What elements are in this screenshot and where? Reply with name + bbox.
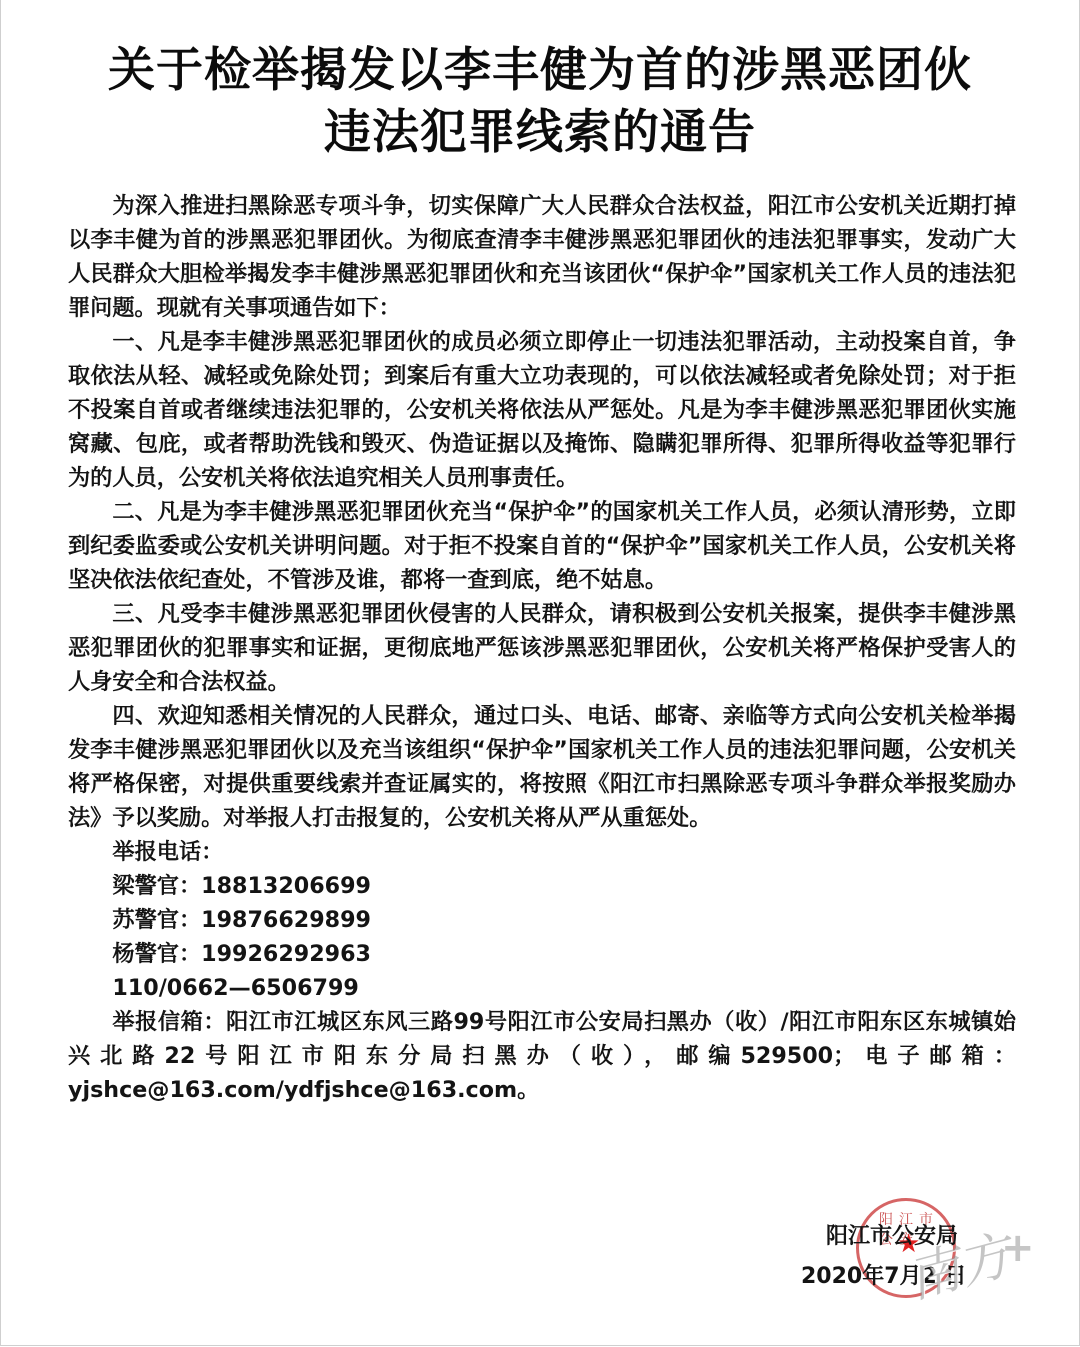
intro-paragraph: 为深入推进扫黑除恶专项斗争，切实保障广大人民群众合法权益，阳江市公安机关近期打掉…	[68, 189, 1016, 325]
phone-number: 18813206699	[201, 873, 371, 899]
watermark-plus-icon: +	[1001, 1225, 1035, 1271]
phone-label: 苏警官：	[112, 907, 201, 933]
notice-document: 关于检举揭发以李丰健为首的涉黑恶团伙 违法犯罪线索的通告 为深入推进扫黑除恶专项…	[0, 0, 1080, 1346]
hotline: 110/0662—6506799	[68, 971, 1016, 1005]
phone-label: 杨警官：	[112, 941, 201, 967]
phone-number: 19926292963	[201, 941, 371, 967]
item-2-paragraph: 二、凡是为李丰健涉黑恶犯罪团伙充当“保护伞”的国家机关工作人员，必须认清形势，立…	[68, 495, 1016, 597]
title-line-1: 关于检举揭发以李丰健为首的涉黑恶团伙	[1, 40, 1079, 102]
phone-row: 梁警官：18813206699	[68, 869, 1016, 903]
title-line-2: 违法犯罪线索的通告	[1, 102, 1079, 164]
item-3-paragraph: 三、凡受李丰健涉黑恶犯罪团伙侵害的人民群众，请积极到公安机关报案，提供李丰健涉黑…	[68, 597, 1016, 699]
mailbox-address: 举报信箱：阳江市江城区东风三路99号阳江市公安局扫黑办（收）/阳江市阳东区东城镇…	[68, 1005, 1016, 1107]
item-1-paragraph: 一、凡是李丰健涉黑恶犯罪团伙的成员必须立即停止一切违法犯罪活动，主动投案自首，争…	[68, 325, 1016, 495]
phone-row: 杨警官：19926292963	[68, 937, 1016, 971]
phone-row: 苏警官：19876629899	[68, 903, 1016, 937]
notice-body: 为深入推进扫黑除恶专项斗争，切实保障广大人民群众合法权益，阳江市公安机关近期打掉…	[68, 189, 1016, 1107]
item-4-paragraph: 四、欢迎知悉相关情况的人民群众，通过口头、电话、邮寄、亲临等方式向公安机关检举揭…	[68, 699, 1016, 835]
contact-section: 举报电话： 梁警官：18813206699 苏警官：19876629899 杨警…	[68, 835, 1016, 1107]
phone-number: 19876629899	[201, 907, 371, 933]
contact-heading: 举报电话：	[68, 835, 1016, 869]
page-title: 关于检举揭发以李丰健为首的涉黑恶团伙 违法犯罪线索的通告	[1, 40, 1079, 164]
phone-label: 梁警官：	[112, 873, 201, 899]
